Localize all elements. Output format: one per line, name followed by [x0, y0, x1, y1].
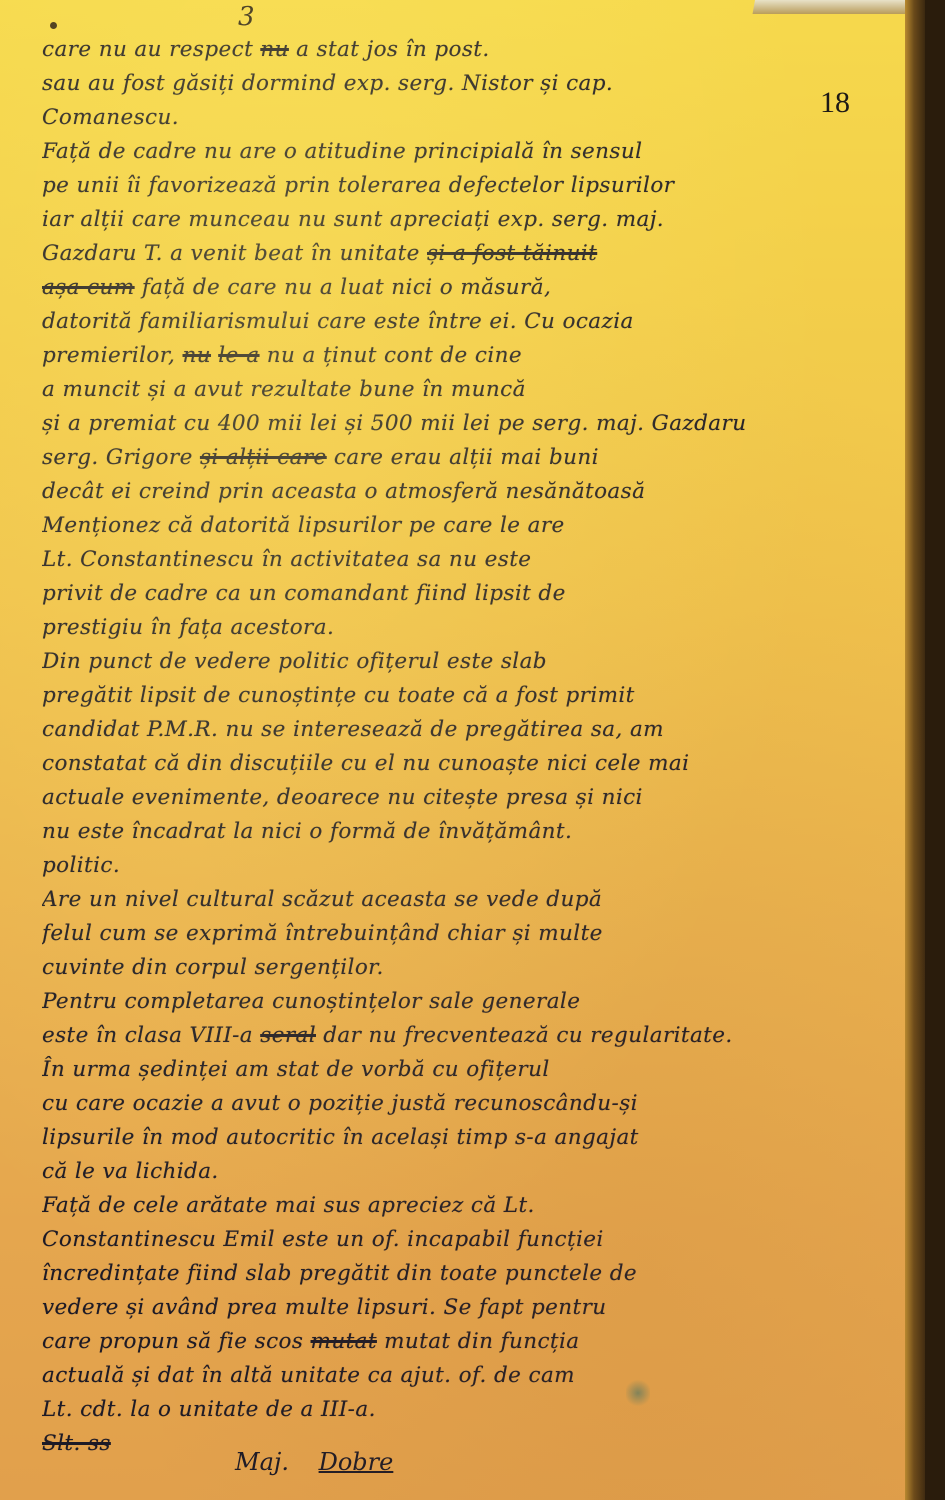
sheet-number: 3	[238, 2, 255, 32]
text-line: lipsurile în mod autocritic în același t…	[42, 1121, 912, 1155]
struck-text: și alții care	[200, 445, 327, 470]
line-text: decât ei creind prin aceasta o atmosferă…	[42, 479, 645, 504]
line-text: Lt. cdt. la o unitate de a III-a.	[42, 1397, 376, 1422]
text-line: candidat P.M.R. nu se interesează de pre…	[42, 713, 912, 747]
struck-text: le-a	[218, 343, 259, 368]
text-line: sau au fost găsiți dormind exp. serg. Ni…	[42, 67, 912, 101]
text-line: Față de cele arătate mai sus apreciez că…	[42, 1189, 912, 1223]
text-line: cu care ocazie a avut o poziție justă re…	[42, 1087, 912, 1121]
ink-dot	[50, 22, 57, 29]
line-text: Față de cele arătate mai sus apreciez că…	[42, 1193, 535, 1218]
line-text: că le va lichida.	[42, 1159, 219, 1184]
text-line: care propun să fie scos mutat mutat din …	[42, 1325, 912, 1359]
text-line: privit de cadre ca un comandant fiind li…	[42, 577, 912, 611]
line-text: pregătit lipsit de cunoștințe cu toate c…	[42, 683, 635, 708]
text-line: decât ei creind prin aceasta o atmosferă…	[42, 475, 912, 509]
line-text: Lt. Constantinescu în activitatea sa nu …	[42, 547, 531, 572]
handwritten-body: care nu au respect nu a stat jos în post…	[42, 33, 912, 1461]
line-text: cu care ocazie a avut o poziție justă re…	[42, 1091, 638, 1116]
text-line: felul cum se exprimă întrebuințând chiar…	[42, 917, 912, 951]
line-text: vedere și având prea multe lipsuri. Se f…	[42, 1295, 607, 1320]
line-text: mutat din funcția	[377, 1329, 580, 1354]
line-text: care propun să fie scos	[42, 1329, 311, 1354]
text-line: care nu au respect nu a stat jos în post…	[42, 33, 912, 67]
line-text: cuvinte din corpul sergenților.	[42, 955, 384, 980]
signature-rank: Maj.	[235, 1448, 289, 1476]
line-text: Gazdaru T. a venit beat în unitate	[42, 241, 427, 266]
text-line: politic.	[42, 849, 912, 883]
line-text: Menționez că datorită lipsurilor pe care…	[42, 513, 565, 538]
line-text: care erau alții mai buni	[327, 445, 599, 470]
text-line: Menționez că datorită lipsurilor pe care…	[42, 509, 912, 543]
line-text: constatat că din discuțiile cu el nu cun…	[42, 751, 689, 776]
text-line: datorită familiarismului care este între…	[42, 305, 912, 339]
torn-corner	[753, 0, 925, 14]
line-text: este în clasa VIII-a	[42, 1023, 260, 1048]
text-line: Din punct de vedere politic ofițerul est…	[42, 645, 912, 679]
text-line: Slt. ss	[42, 1427, 912, 1461]
line-text: privit de cadre ca un comandant fiind li…	[42, 581, 566, 606]
text-line: serg. Grigore și alții care care erau al…	[42, 441, 912, 475]
line-text: Din punct de vedere politic ofițerul est…	[42, 649, 547, 674]
text-line: că le va lichida.	[42, 1155, 912, 1189]
line-text: premierilor,	[42, 343, 183, 368]
text-line: pregătit lipsit de cunoștințe cu toate c…	[42, 679, 912, 713]
text-line: actuale evenimente, deoarece nu citește …	[42, 781, 912, 815]
struck-text: mutat	[311, 1329, 377, 1354]
line-text: candidat P.M.R. nu se interesează de pre…	[42, 717, 664, 742]
text-line: În urma ședinței am stat de vorbă cu ofi…	[42, 1053, 912, 1087]
line-text: nu este încadrat la nici o formă de învă…	[42, 819, 572, 844]
text-line: iar alții care munceau nu sunt apreciați…	[42, 203, 912, 237]
line-text: Comanescu.	[42, 105, 179, 130]
text-line: a muncit și a avut rezultate bune în mun…	[42, 373, 912, 407]
line-text: încredințate fiind slab pregătit din toa…	[42, 1261, 637, 1286]
line-text: Constantinescu Emil este un of. incapabi…	[42, 1227, 604, 1252]
text-line: încredințate fiind slab pregătit din toa…	[42, 1257, 912, 1291]
text-line: Gazdaru T. a venit beat în unitate și a …	[42, 237, 912, 271]
signature-block: Maj. Dobre	[235, 1448, 393, 1476]
struck-text: nu	[183, 343, 212, 368]
line-text: a stat jos în post.	[289, 37, 490, 62]
text-line: Lt. cdt. la o unitate de a III-a.	[42, 1393, 912, 1427]
line-text: felul cum se exprimă întrebuințând chiar…	[42, 921, 603, 946]
line-text: Față de cadre nu are o atitudine princip…	[42, 139, 642, 164]
line-text: lipsurile în mod autocritic în același t…	[42, 1125, 639, 1150]
text-line: cuvinte din corpul sergenților.	[42, 951, 912, 985]
text-line: nu este încadrat la nici o formă de învă…	[42, 815, 912, 849]
line-text: În urma ședinței am stat de vorbă cu ofi…	[42, 1057, 550, 1082]
text-line: este în clasa VIII-a seral dar nu frecve…	[42, 1019, 912, 1053]
document-page: 3 18 care nu au respect nu a stat jos în…	[0, 0, 925, 1500]
line-text: Pentru completarea cunoștințelor sale ge…	[42, 989, 580, 1014]
line-text: iar alții care munceau nu sunt apreciați…	[42, 207, 664, 232]
text-line: actuală și dat în altă unitate ca ajut. …	[42, 1359, 912, 1393]
text-line: prestigiu în fața acestora.	[42, 611, 912, 645]
text-line: vedere și având prea multe lipsuri. Se f…	[42, 1291, 912, 1325]
line-text: Are un nivel cultural scăzut aceasta se …	[42, 887, 602, 912]
struck-text: Slt. ss	[42, 1431, 111, 1456]
struck-text: seral	[260, 1023, 316, 1048]
line-text: care nu au respect	[42, 37, 260, 62]
line-text: prestigiu în fața acestora.	[42, 615, 334, 640]
struck-text: și a fost tăinuit	[427, 241, 597, 266]
line-text: și a premiat cu 400 mii lei și 500 mii l…	[42, 411, 746, 436]
line-text: pe unii îi favorizează prin tolerarea de…	[42, 173, 674, 198]
struck-text: nu	[260, 37, 289, 62]
text-line: premierilor, nu le-a nu a ținut cont de …	[42, 339, 912, 373]
text-line: constatat că din discuțiile cu el nu cun…	[42, 747, 912, 781]
text-line: și a premiat cu 400 mii lei și 500 mii l…	[42, 407, 912, 441]
line-text: datorită familiarismului care este între…	[42, 309, 634, 334]
line-text: serg. Grigore	[42, 445, 200, 470]
text-line: așa cum față de care nu a luat nici o mă…	[42, 271, 912, 305]
line-text: politic.	[42, 853, 120, 878]
text-line: Lt. Constantinescu în activitatea sa nu …	[42, 543, 912, 577]
line-text: actuale evenimente, deoarece nu citește …	[42, 785, 643, 810]
text-line: pe unii îi favorizează prin tolerarea de…	[42, 169, 912, 203]
line-text: nu a ținut cont de cine	[260, 343, 522, 368]
text-line: Are un nivel cultural scăzut aceasta se …	[42, 883, 912, 917]
ink-stain	[626, 1378, 650, 1408]
struck-text: așa cum	[42, 275, 135, 300]
text-line: Constantinescu Emil este un of. incapabi…	[42, 1223, 912, 1257]
line-text: față de care nu a luat nici o măsură,	[135, 275, 552, 300]
line-text: dar nu frecventează cu regularitate.	[316, 1023, 733, 1048]
line-text: a muncit și a avut rezultate bune în mun…	[42, 377, 526, 402]
text-line: Pentru completarea cunoștințelor sale ge…	[42, 985, 912, 1019]
signature-name: Dobre	[319, 1448, 394, 1476]
text-line: Comanescu.	[42, 101, 912, 135]
text-line: Față de cadre nu are o atitudine princip…	[42, 135, 912, 169]
line-text: sau au fost găsiți dormind exp. serg. Ni…	[42, 71, 613, 96]
line-text: actuală și dat în altă unitate ca ajut. …	[42, 1363, 575, 1388]
